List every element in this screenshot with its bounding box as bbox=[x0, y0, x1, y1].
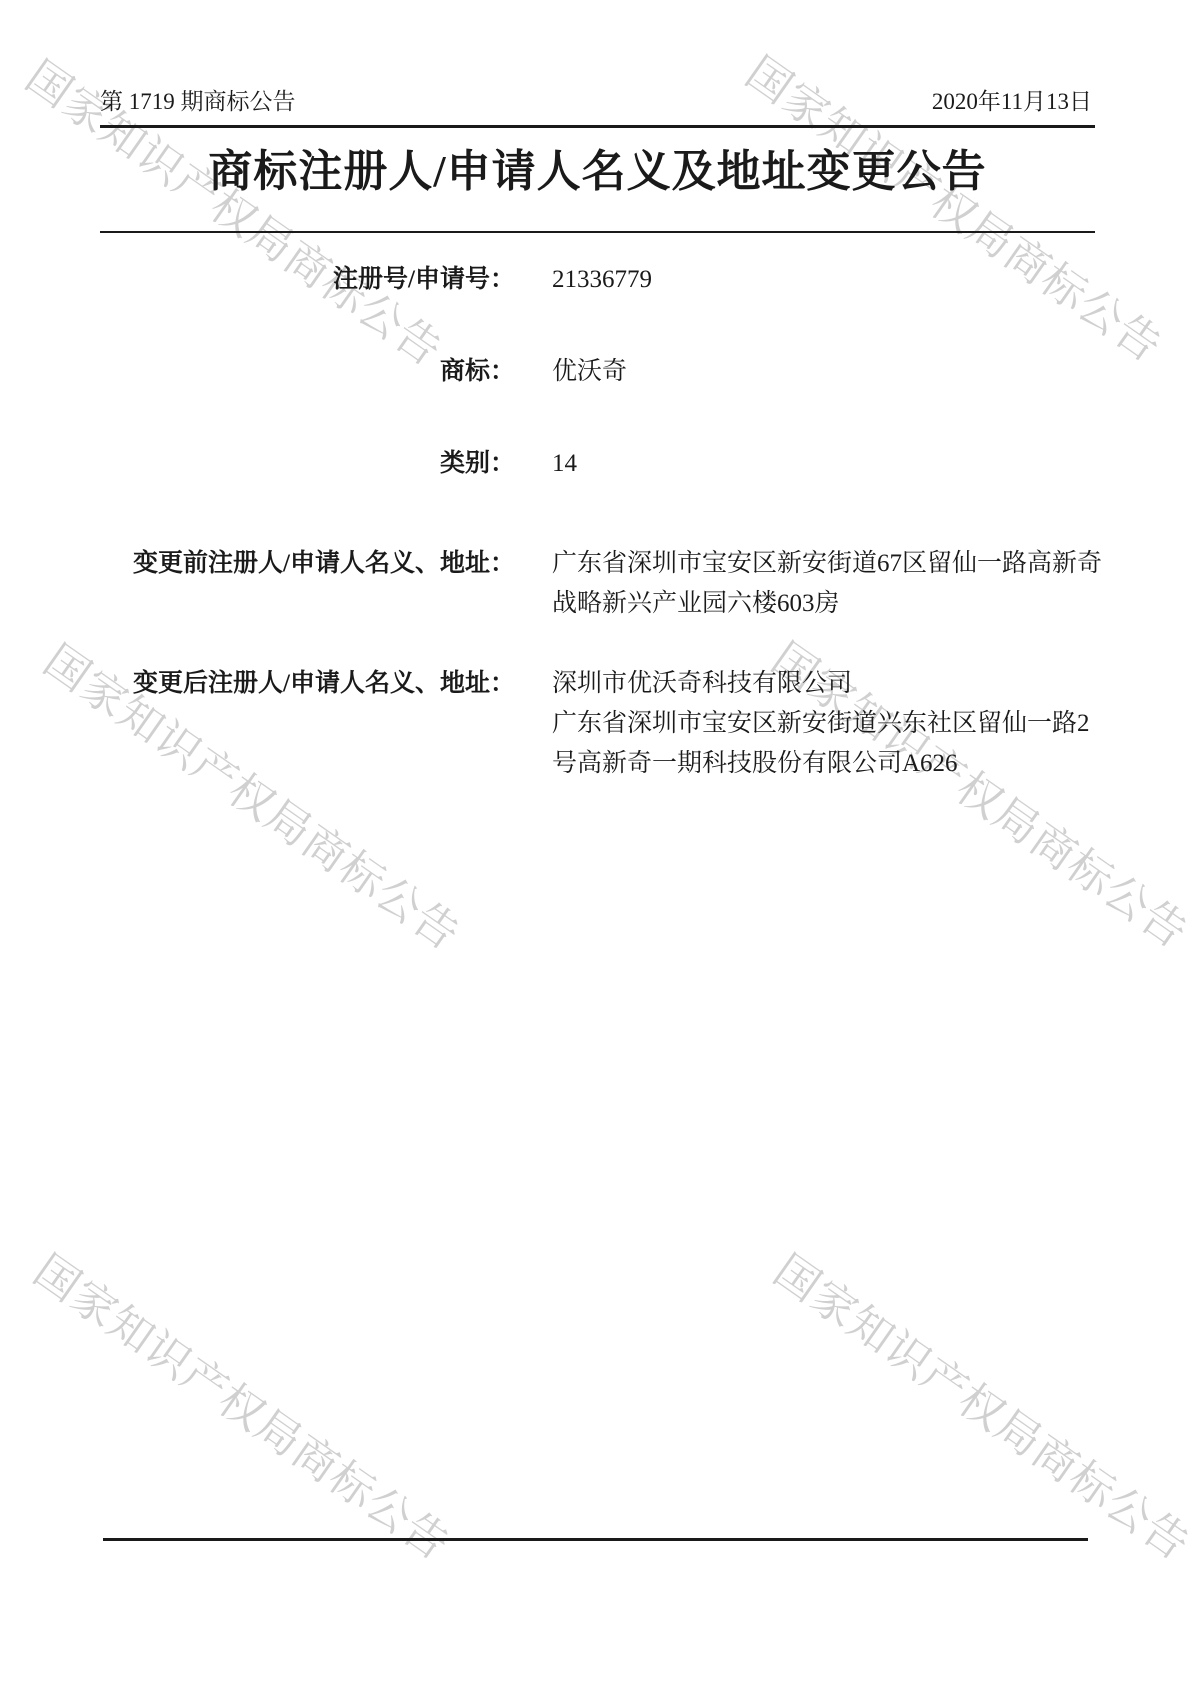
title-rule bbox=[100, 231, 1095, 233]
field-label: 商标： bbox=[100, 352, 515, 392]
field-value: 广东省深圳市宝安区新安街道67区留仙一路高新奇 战略新兴产业园六楼603房 bbox=[552, 544, 1092, 624]
announcement-title: 商标注册人/申请人名义及地址变更公告 bbox=[100, 144, 1095, 200]
field-row-registrant-before-change: 变更前注册人/申请人名义、地址： 广东省深圳市宝安区新安街道67区留仙一路高新奇… bbox=[100, 544, 1095, 624]
footer-rule bbox=[103, 1538, 1088, 1541]
field-row-registrant-after-change: 变更后注册人/申请人名义、地址： 深圳市优沃奇科技有限公司 广东省深圳市宝安区新… bbox=[100, 664, 1095, 784]
gazette-publication-date: 2020年11月13日 bbox=[932, 88, 1092, 116]
after-change-name-line: 深圳市优沃奇科技有限公司 bbox=[552, 664, 1090, 704]
field-label: 变更后注册人/申请人名义、地址： bbox=[100, 664, 515, 704]
before-change-address-line: 战略新兴产业园六楼603房 bbox=[552, 584, 1092, 624]
field-row-class: 类别： 14 bbox=[100, 444, 1095, 484]
field-value: 深圳市优沃奇科技有限公司 广东省深圳市宝安区新安街道兴东社区留仙一路2 号高新奇… bbox=[552, 664, 1090, 784]
gazette-document-page: 国家知识产权局商标公告 国家知识产权局商标公告 国家知识产权局商标公告 国家知识… bbox=[0, 0, 1190, 1684]
registration-number-value: 21336779 bbox=[552, 260, 652, 300]
field-value: 14 bbox=[552, 444, 577, 484]
gazette-issue-number: 第 1719 期商标公告 bbox=[100, 88, 296, 116]
header-rule bbox=[100, 125, 1095, 128]
class-number-value: 14 bbox=[552, 444, 577, 484]
field-value: 优沃奇 bbox=[552, 352, 627, 392]
watermark-text: 国家知识产权局商标公告 bbox=[23, 1236, 465, 1572]
watermark-text: 国家知识产权局商标公告 bbox=[763, 1236, 1190, 1572]
after-change-address-line: 广东省深圳市宝安区新安街道兴东社区留仙一路2 bbox=[552, 704, 1090, 744]
field-row-trademark: 商标： 优沃奇 bbox=[100, 352, 1095, 392]
field-label: 类别： bbox=[100, 444, 515, 484]
field-label: 变更前注册人/申请人名义、地址： bbox=[100, 544, 515, 584]
field-value: 21336779 bbox=[552, 260, 652, 300]
field-row-registration-number: 注册号/申请号： 21336779 bbox=[100, 260, 1095, 300]
before-change-address-line: 广东省深圳市宝安区新安街道67区留仙一路高新奇 bbox=[552, 544, 1092, 584]
field-label: 注册号/申请号： bbox=[100, 260, 515, 300]
trademark-name-value: 优沃奇 bbox=[552, 352, 627, 392]
after-change-address-line: 号高新奇一期科技股份有限公司A626 bbox=[552, 744, 1090, 784]
